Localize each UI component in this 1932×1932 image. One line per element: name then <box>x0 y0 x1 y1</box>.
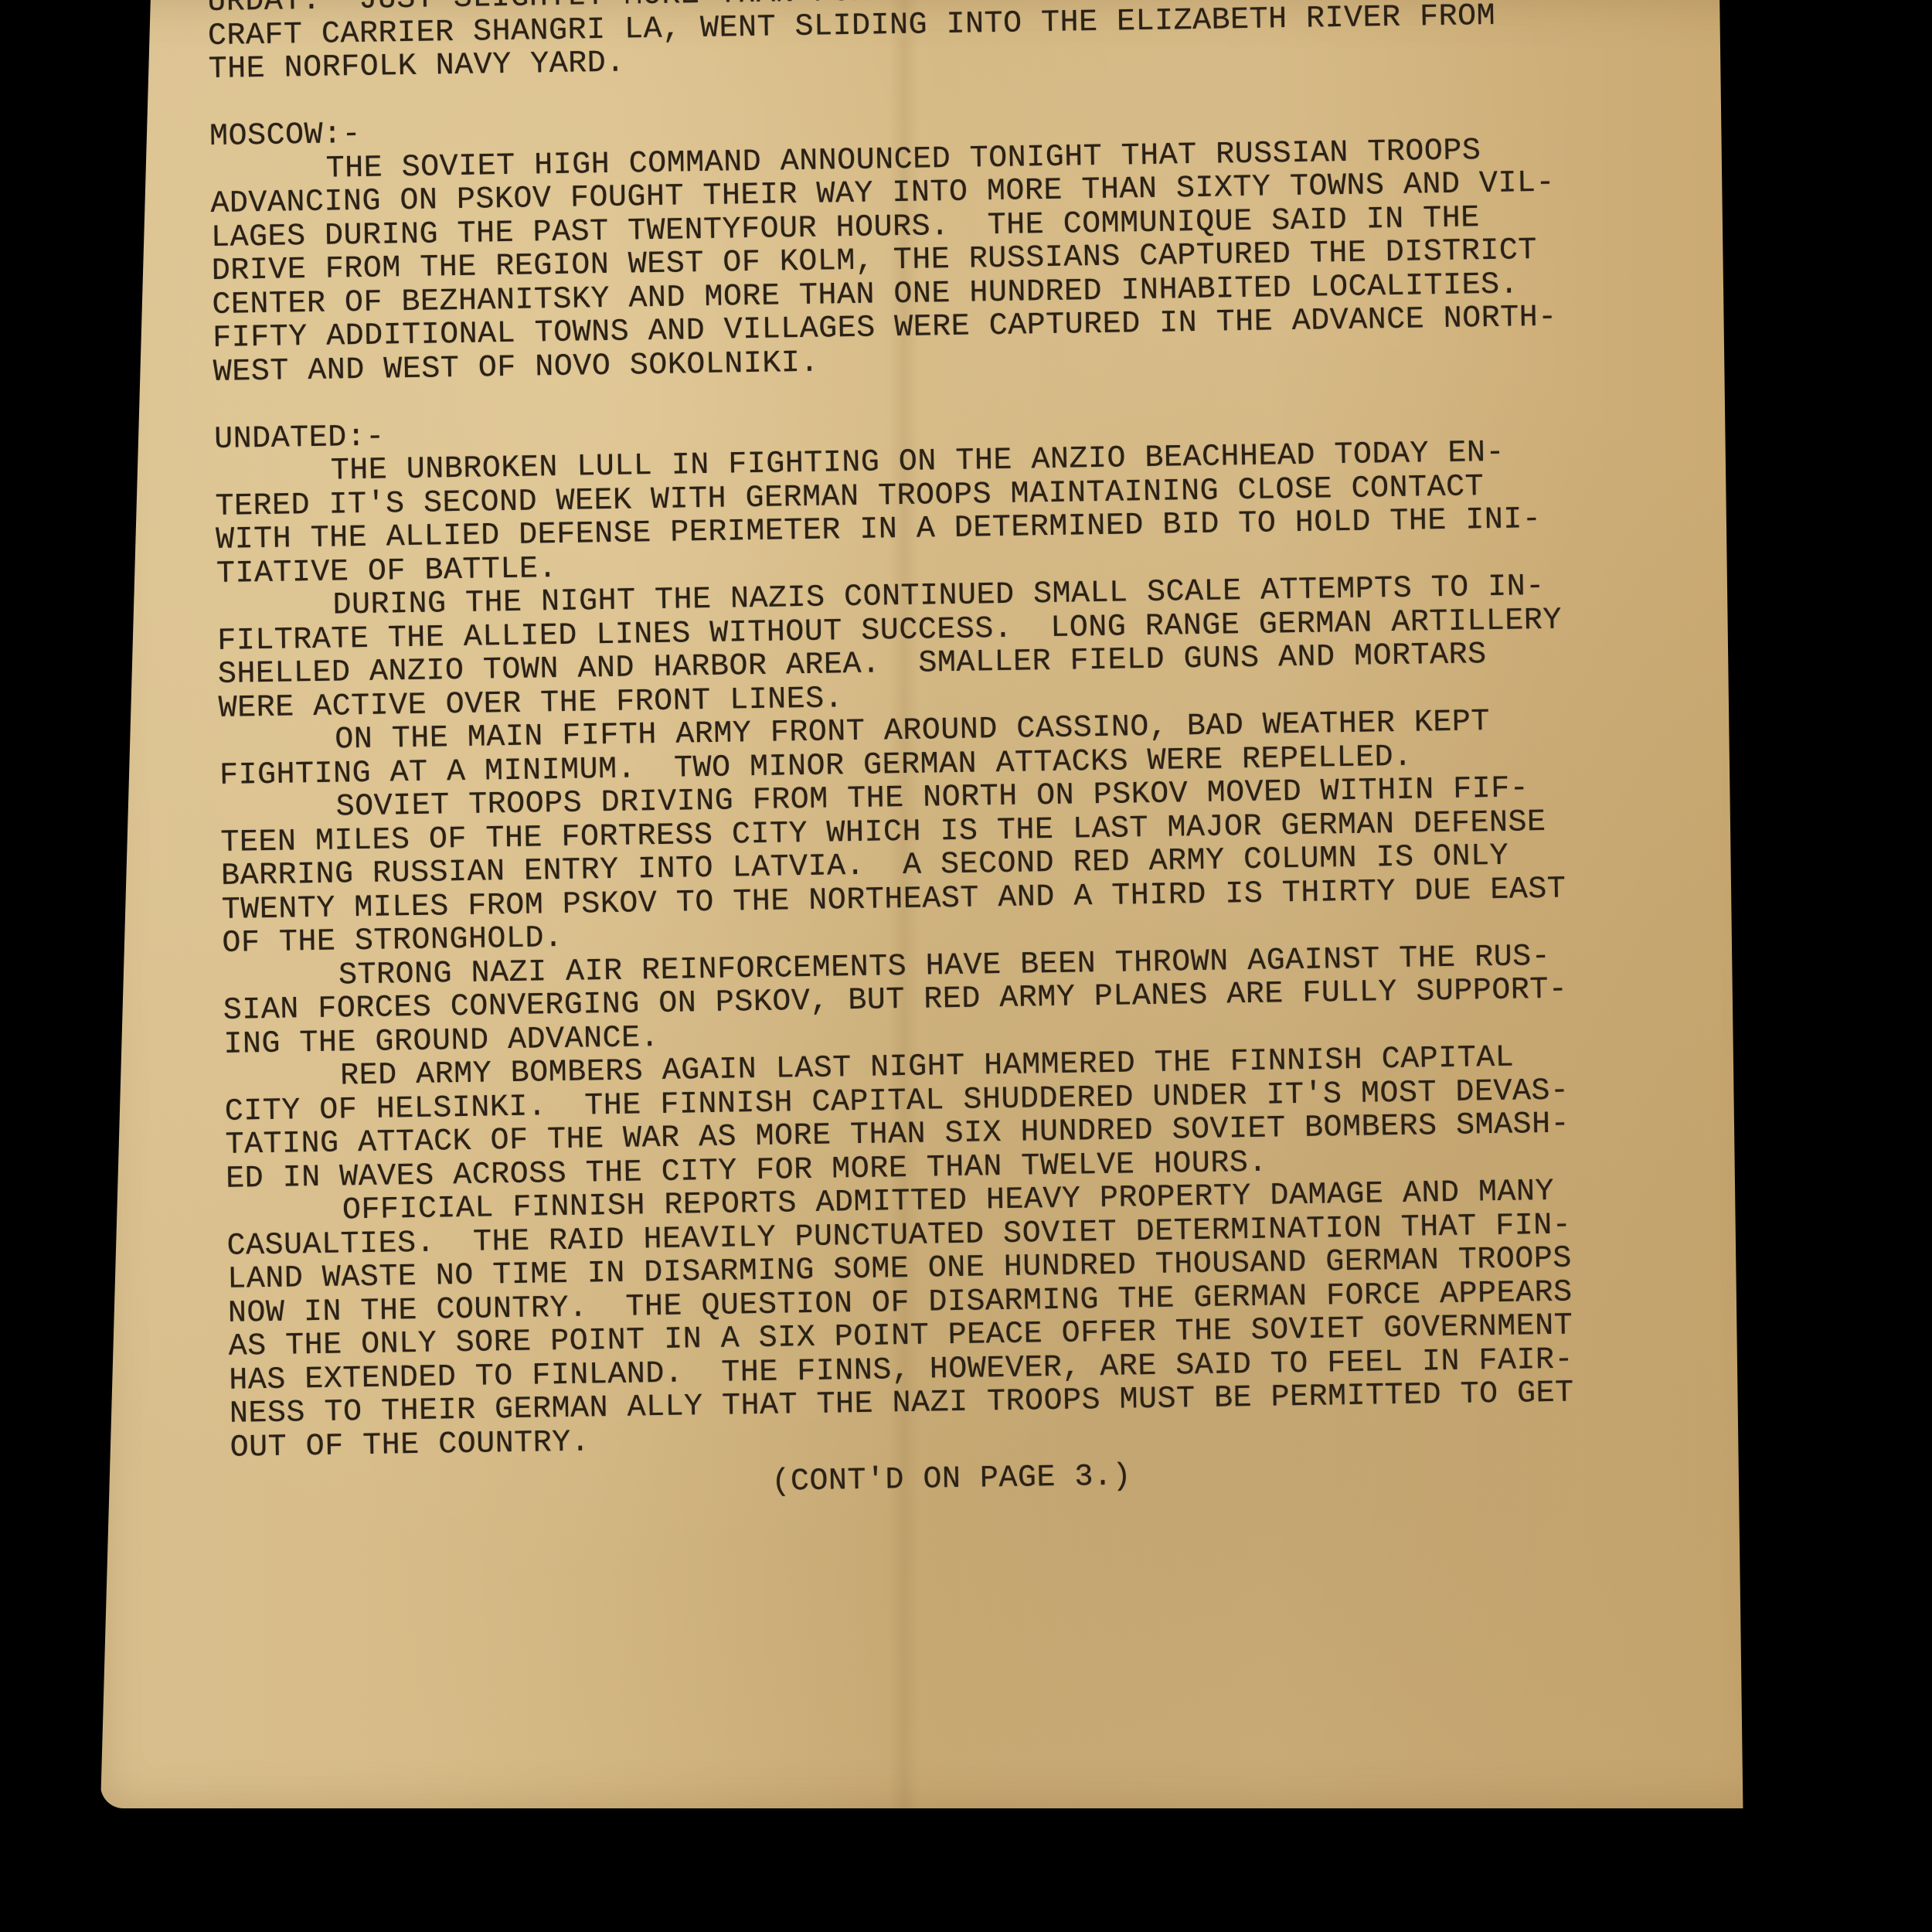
paragraph-anzio-lull: THE UNBROKEN LULL IN FIGHTING ON THE ANZ… <box>215 434 1685 591</box>
paragraph-night-infiltration: DURING THE NIGHT THE NAZIS CONTINUED SMA… <box>216 568 1686 726</box>
paragraph-pskov-advance: SOVIET TROOPS DRIVING FROM THE NORTH ON … <box>219 770 1690 961</box>
section-undated: UNDATED:- THE UNBROKEN LULL IN FIGHTING … <box>214 400 1699 1465</box>
paragraph-finnish-reports: OFFICIAL FINNISH REPORTS ADMITTED HEAVY … <box>226 1173 1699 1465</box>
bulletin-text: URDAY. JUST SLIGHTLY MORE THAN FORTYEIGH… <box>207 0 1699 1508</box>
section-moscow: MOSCOW:- THE SOVIET HIGH COMMAND ANNOUNC… <box>209 97 1682 389</box>
paragraph-helsinki-bombing: RED ARMY BOMBERS AGAIN LAST NIGHT HAMMER… <box>224 1039 1694 1196</box>
photo-stage: URDAY. JUST SLIGHTLY MORE THAN FORTYEIGH… <box>0 0 1932 1932</box>
